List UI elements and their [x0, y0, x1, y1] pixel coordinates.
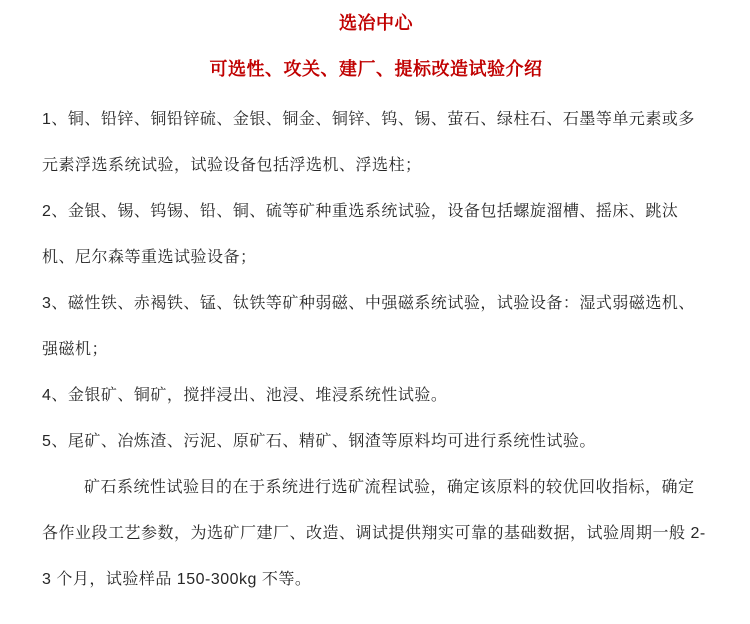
page-title: 选冶中心 [42, 0, 710, 46]
document-body: 1、铜、铅锌、铜铅锌硫、金银、铜金、铜锌、钨、锡、萤石、绿柱石、石墨等单元素或多… [42, 97, 710, 603]
page-subtitle: 可选性、攻关、建厂、提标改造试验介绍 [42, 46, 710, 92]
document-page: 选冶中心 可选性、攻关、建厂、提标改造试验介绍 1、铜、铅锌、铜铅锌硫、金银、铜… [0, 0, 750, 624]
paragraph-flotation: 1、铜、铅锌、铜铅锌硫、金银、铜金、铜锌、钨、锡、萤石、绿柱石、石墨等单元素或多… [42, 97, 710, 189]
paragraph-magnetic-separation: 3、磁性铁、赤褐铁、锰、钛铁等矿种弱磁、中强磁系统试验，试验设备：湿式弱磁选机、… [42, 281, 710, 373]
paragraph-leaching: 4、金银矿、铜矿，搅拌浸出、池浸、堆浸系统性试验。 [42, 373, 710, 419]
paragraph-gravity-separation: 2、金银、锡、钨锡、铅、铜、硫等矿种重选系统试验，设备包括螺旋溜槽、摇床、跳汰机… [42, 189, 710, 281]
paragraph-raw-materials: 5、尾矿、冶炼渣、污泥、原矿石、精矿、钢渣等原料均可进行系统性试验。 [42, 419, 710, 465]
paragraph-summary: 矿石系统性试验目的在于系统进行选矿流程试验，确定该原料的较优回收指标，确定各作业… [42, 465, 710, 603]
